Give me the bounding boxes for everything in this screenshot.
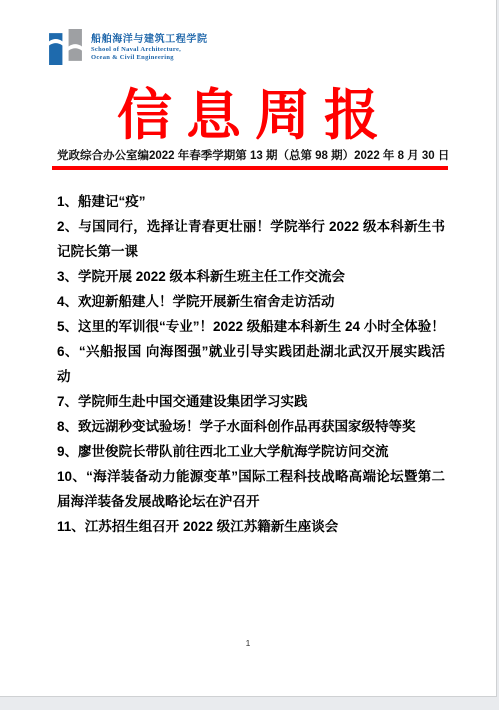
school-name-english-line1: School of Naval Architecture, [91,46,208,54]
issue-date: 2022 年 8 月 30 日 [354,147,449,163]
school-name-chinese: 船舶海洋与建筑工程学院 [91,33,208,46]
toc-item-6: 6、“兴船报国 向海图强”就业引导实践团赴湖北武汉开展实践活动 [57,339,445,389]
issue-number: 2022 年春季学期第 13 期（总第 98 期） [149,147,354,163]
toc-item-5: 5、这里的军训很“专业”！2022 级船建本科新生 24 小时全体验！ [57,314,445,339]
red-divider [52,166,448,170]
document-page: 船舶海洋与建筑工程学院 School of Naval Architecture… [0,0,497,697]
toc-item-11: 11、江苏招生组召开 2022 级江苏籍新生座谈会 [57,514,445,539]
toc-item-1: 1、船建记“疫” [57,189,445,214]
issue-meta-line: 党政综合办公室编 2022 年春季学期第 13 期（总第 98 期） 2022 … [57,147,443,163]
toc-item-10: 10、“海洋装备动力能源变革”国际工程科技战略高端论坛暨第二届海洋装备发展战略论… [57,464,445,514]
toc-list: 1、船建记“疫” 2、与国同行，选择让青春更壮丽！学院举行 2022 级本科新生… [57,189,445,539]
toc-item-9: 9、廖世俊院长带队前往西北工业大学航海学院访问交流 [57,439,445,464]
toc-item-2: 2、与国同行，选择让青春更壮丽！学院举行 2022 级本科新生书记院长第一课 [57,214,445,264]
school-name-english-line2: Ocean & Civil Engineering [91,54,208,62]
newsletter-title: 信息周报 [0,84,496,146]
school-logo: 船舶海洋与建筑工程学院 School of Naval Architecture… [47,28,208,66]
toc-item-3: 3、学院开展 2022 级本科新生班主任工作交流会 [57,264,445,289]
school-name: 船舶海洋与建筑工程学院 School of Naval Architecture… [91,33,208,62]
toc-item-7: 7、学院师生赴中国交通建设集团学习实践 [57,389,445,414]
issue-editor: 党政综合办公室编 [57,147,149,163]
school-logo-icon [47,28,84,66]
toc-item-8: 8、致远湖秒变试验场！学子水面科创作品再获国家级特等奖 [57,414,445,439]
page-number: 1 [0,638,496,648]
toc-item-4: 4、欢迎新船建人！学院开展新生宿舍走访活动 [57,289,445,314]
